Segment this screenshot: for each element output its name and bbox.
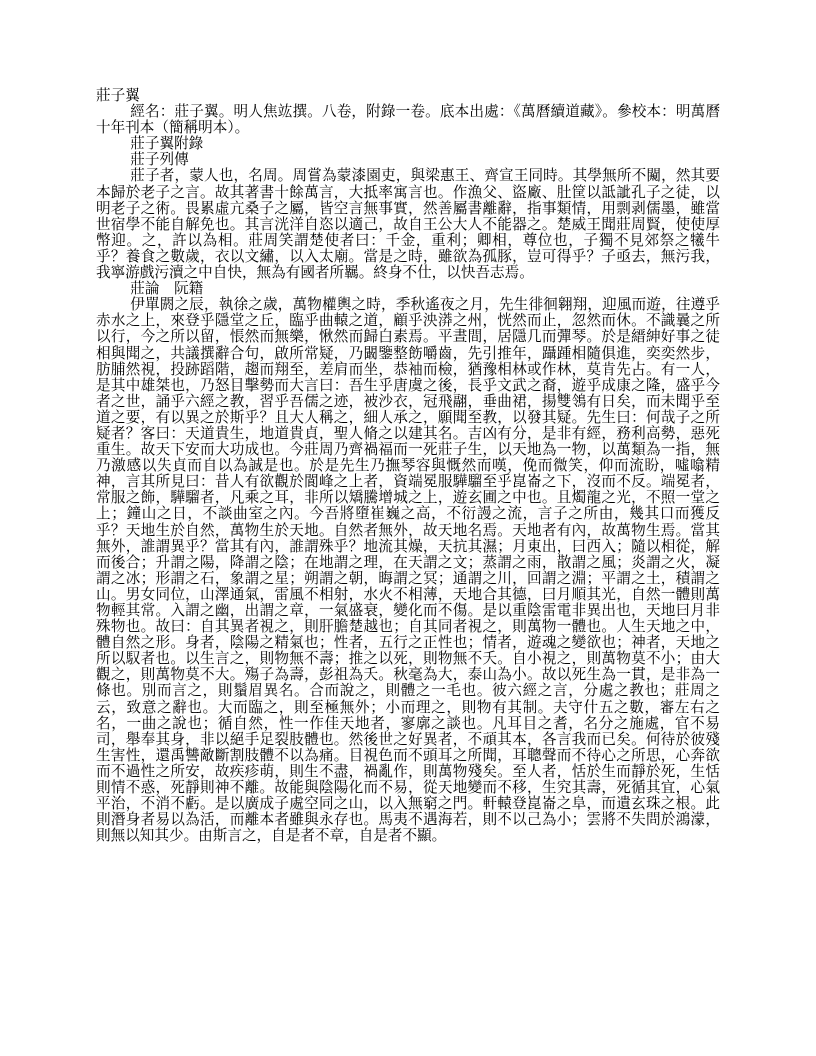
appendix-heading: 莊子翼附錄 bbox=[96, 136, 720, 152]
biography-heading: 莊子列傳 bbox=[96, 152, 720, 168]
essay-heading: 莊論 阮籍 bbox=[96, 281, 720, 297]
biography-paragraph: 莊子者，蒙人也，名周。周嘗為蒙漆園吏，與梁惠王、齊宣王同時。其學無所不闚，然其要… bbox=[96, 168, 720, 281]
edition-note: 經名：莊子翼。明人焦竑撰。八卷，附錄一卷。底本出處：《萬曆續道藏》。參校本：明萬… bbox=[96, 104, 720, 136]
document-title: 莊子翼 bbox=[96, 88, 720, 104]
document-page: 莊子翼 經名：莊子翼。明人焦竑撰。八卷，附錄一卷。底本出處：《萬曆續道藏》。參校… bbox=[0, 0, 816, 1056]
essay-paragraph: 伊單閼之辰，執徐之歲，萬物權輿之時，季秋遙夜之月，先生徘徊翱翔，迎風而遊，往遵乎… bbox=[96, 297, 720, 844]
